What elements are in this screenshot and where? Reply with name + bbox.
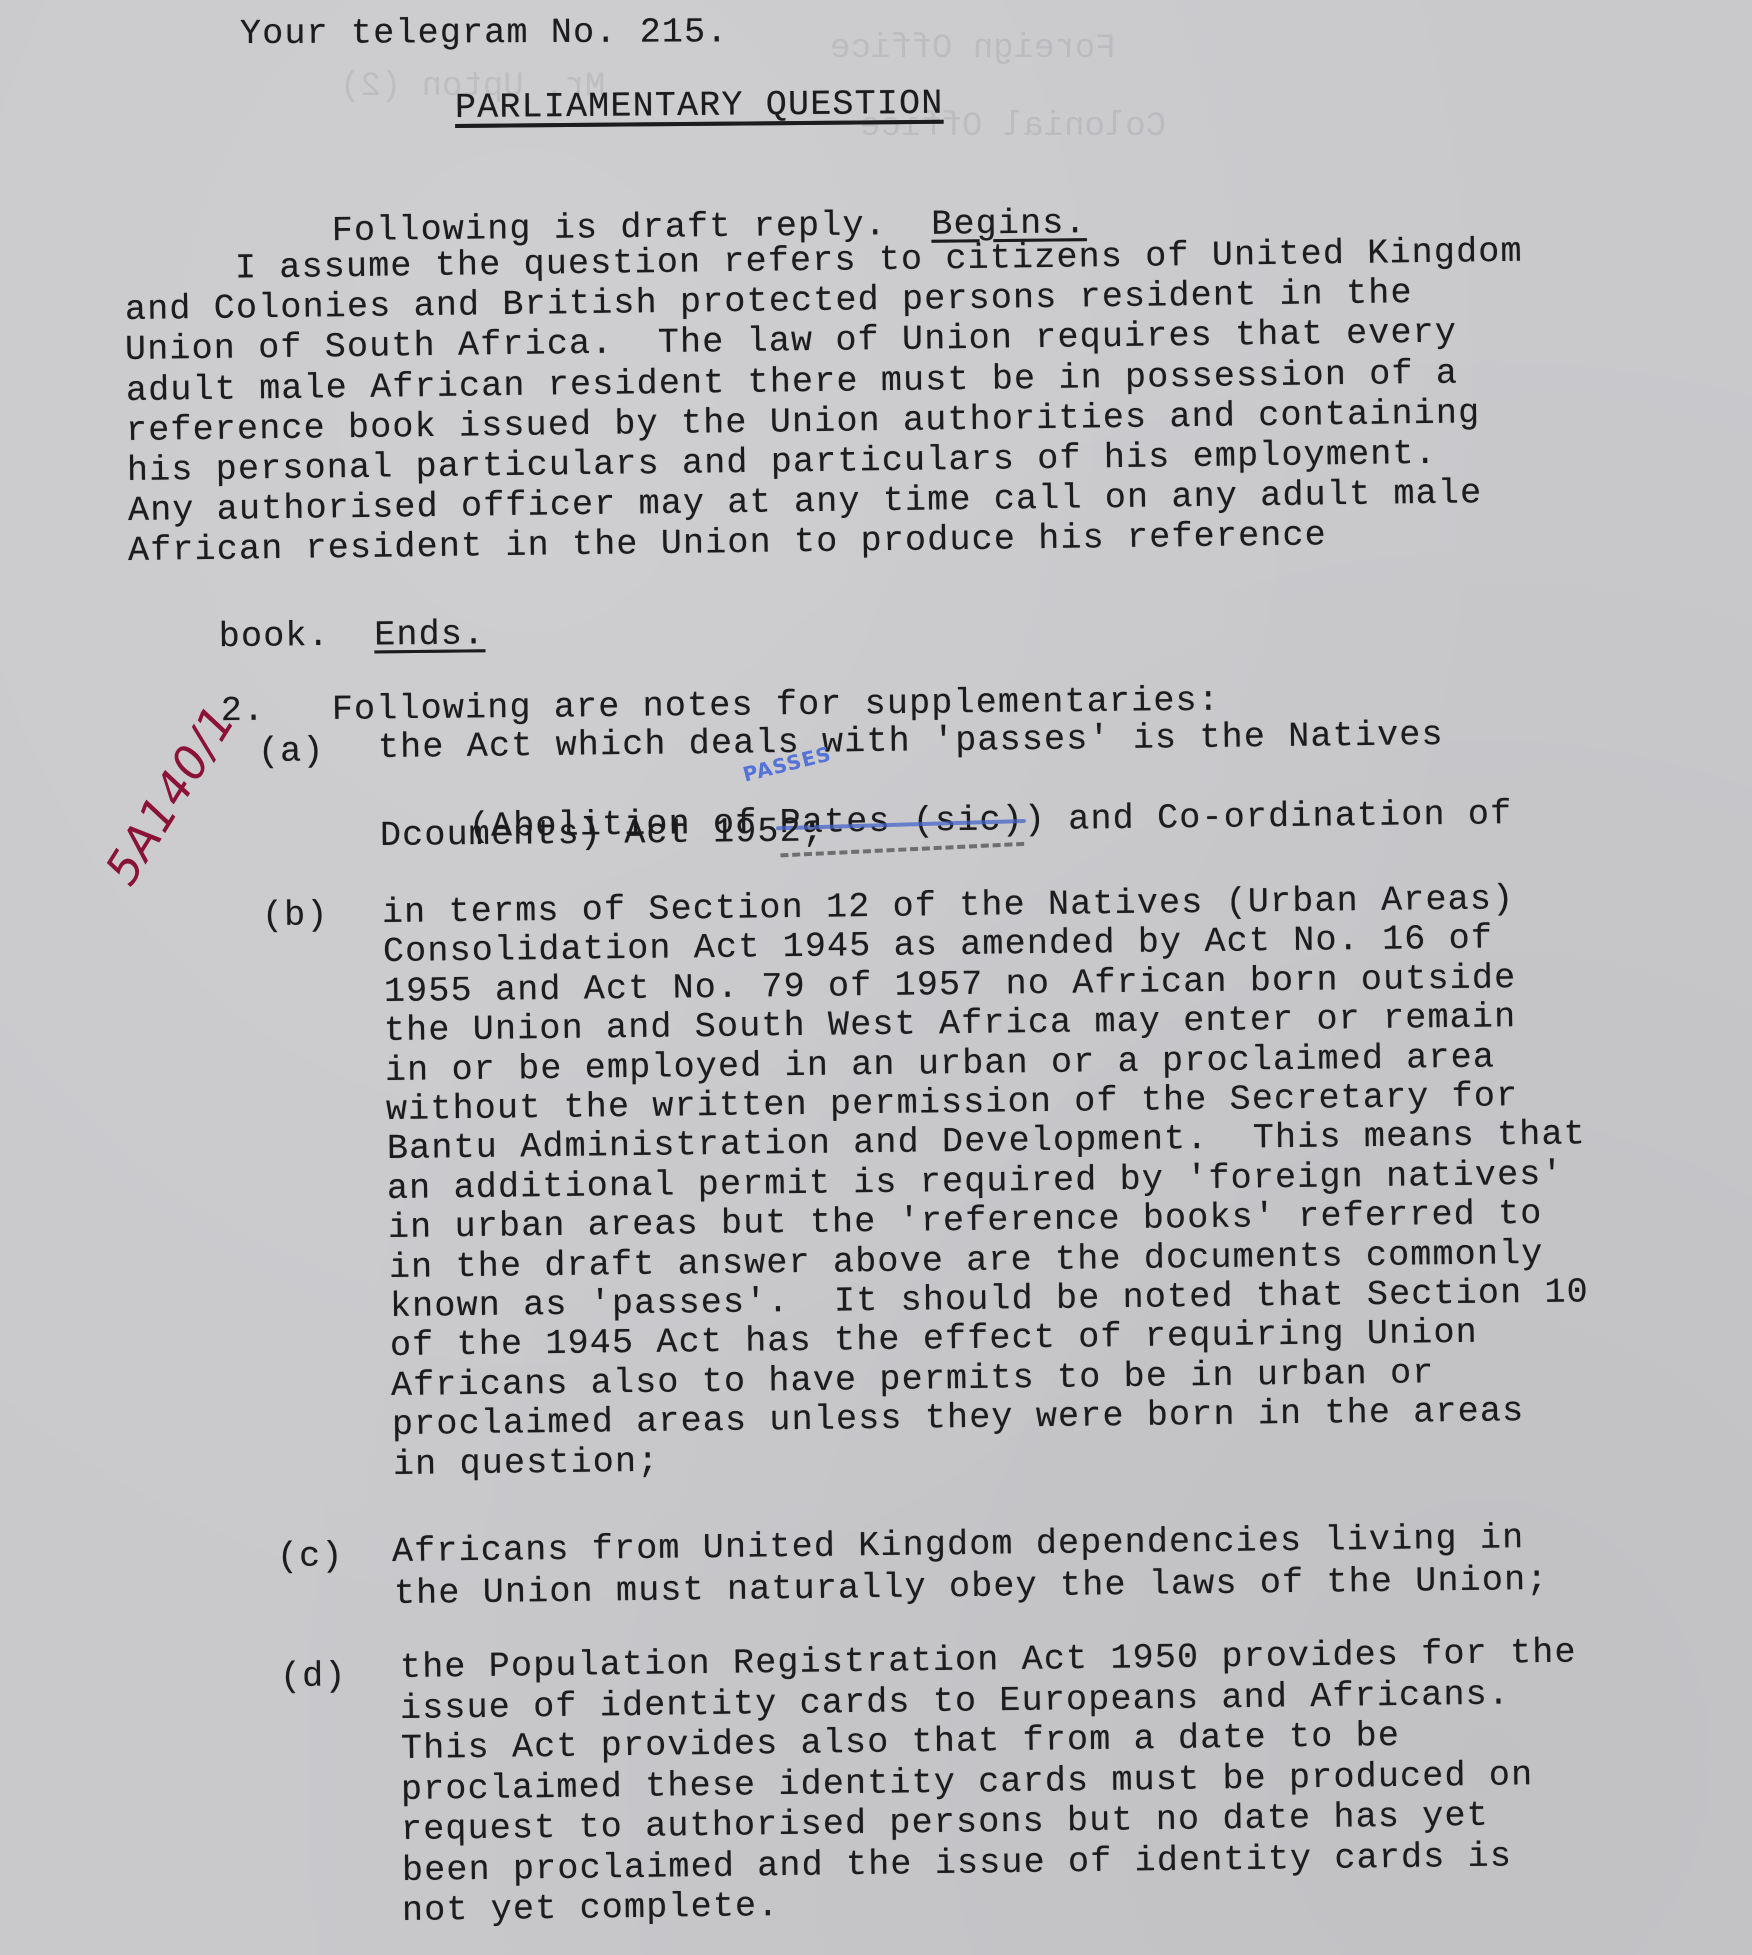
note-b-label: (b) [262, 895, 329, 936]
show-through-text: Foreign Office [830, 30, 1116, 68]
note-d-label: (d) [280, 1656, 347, 1697]
note-a-label: (a) [258, 731, 325, 772]
note-a-text: ) and Co-ordination of [1024, 794, 1513, 840]
note-a-line: Dcouments) Act 1952; [380, 811, 824, 856]
telegram-reference: Your telegram No. 215. [240, 12, 729, 54]
note-b-line: in question; [392, 1441, 659, 1484]
note-c-label: (c) [277, 1536, 344, 1577]
note-d-line: not yet complete. [402, 1886, 780, 1931]
document-heading: PARLIAMENTARY QUESTION [455, 84, 944, 128]
scanned-document-page: Foreign Office Mr. Upton (2) Colonial Of… [0, 0, 1752, 1955]
